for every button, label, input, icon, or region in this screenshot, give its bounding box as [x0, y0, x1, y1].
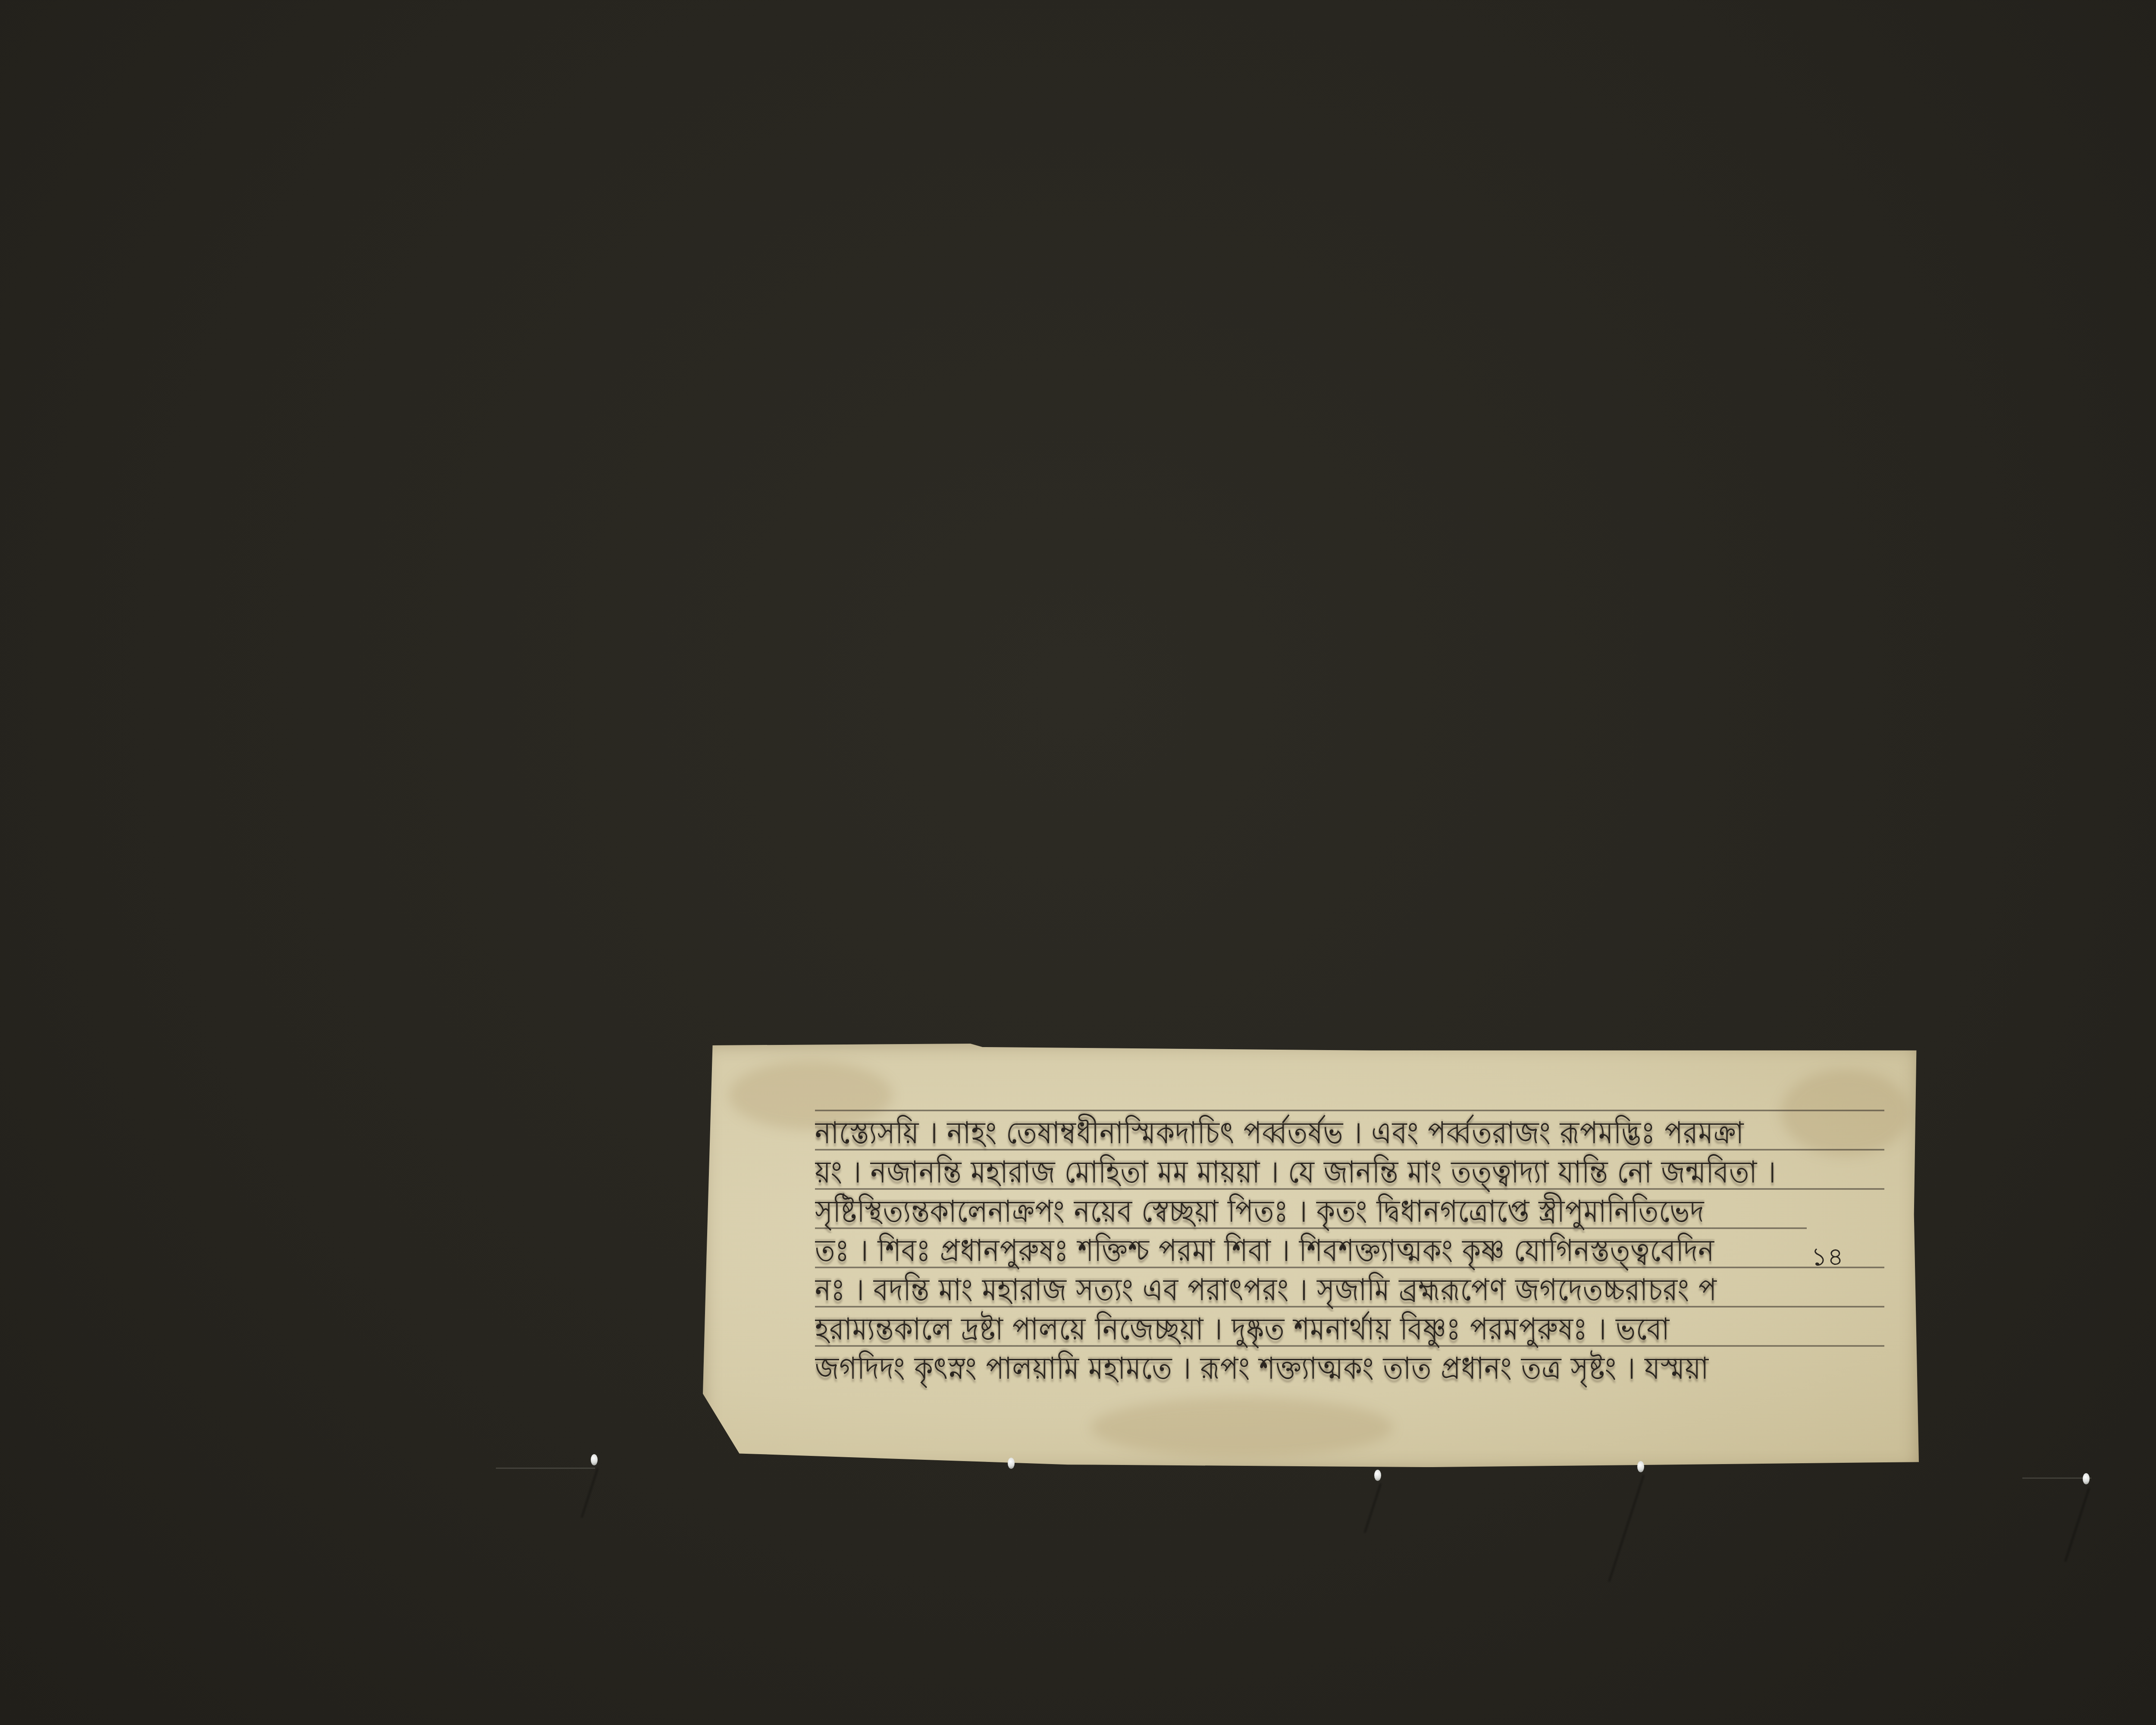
manuscript-line: নাস্ত্যেসয়ি । নাহং তেষাম্বধীনাস্মিকদাচি… — [815, 1110, 1884, 1155]
pin-shadow — [581, 1468, 599, 1518]
manuscript-line: হরাম্যন্তকালে দ্রষ্টা পালয়ে নিজেচ্ছয়া … — [815, 1306, 1884, 1351]
folio-number: ১৪ — [1811, 1238, 1843, 1280]
manuscript-line: সৃষ্টিস্থিত্যন্তকালেনাক্রপং নয়েব স্বেচ্… — [815, 1188, 1884, 1233]
pin-icon — [1637, 1461, 1644, 1472]
manuscript-line: তঃ । শিবঃ প্রধানপুরুষঃ শক্তিশ্চ পরমা শিব… — [815, 1227, 1807, 1273]
manuscript-line: নঃ । বদন্তি মাং মহারাজ সত্যং এব পরাৎপরং … — [815, 1267, 1884, 1312]
pin-icon — [2083, 1473, 2090, 1484]
manuscript-text-block: নাস্ত্যেসয়ি । নাহং তেষাম্বধীনাস্মিকদাচি… — [815, 1113, 1884, 1387]
paper-stain — [1091, 1397, 1393, 1458]
manuscript-line: য়ং । নজানন্তি মহারাজ মোহিতা মম মায়য়া … — [815, 1149, 1884, 1194]
mount-scratch-left — [496, 1468, 595, 1469]
pin-shadow — [1364, 1483, 1382, 1533]
pin-icon — [1374, 1470, 1381, 1481]
pin-shadow — [2064, 1487, 2090, 1562]
pin-icon — [591, 1454, 598, 1465]
pin-shadow — [1608, 1474, 1645, 1582]
manuscript-folio: নাস্ত্যেসয়ি । নাহং তেষাম্বধীনাস্মিকদাচি… — [703, 1044, 1919, 1471]
manuscript-line: জগদিদং কৃৎস্নং পালয়ামি মহামতে । রূপং শক… — [815, 1345, 1884, 1390]
mount-scratch-right — [2022, 1477, 2091, 1479]
pin-icon — [1008, 1458, 1015, 1469]
